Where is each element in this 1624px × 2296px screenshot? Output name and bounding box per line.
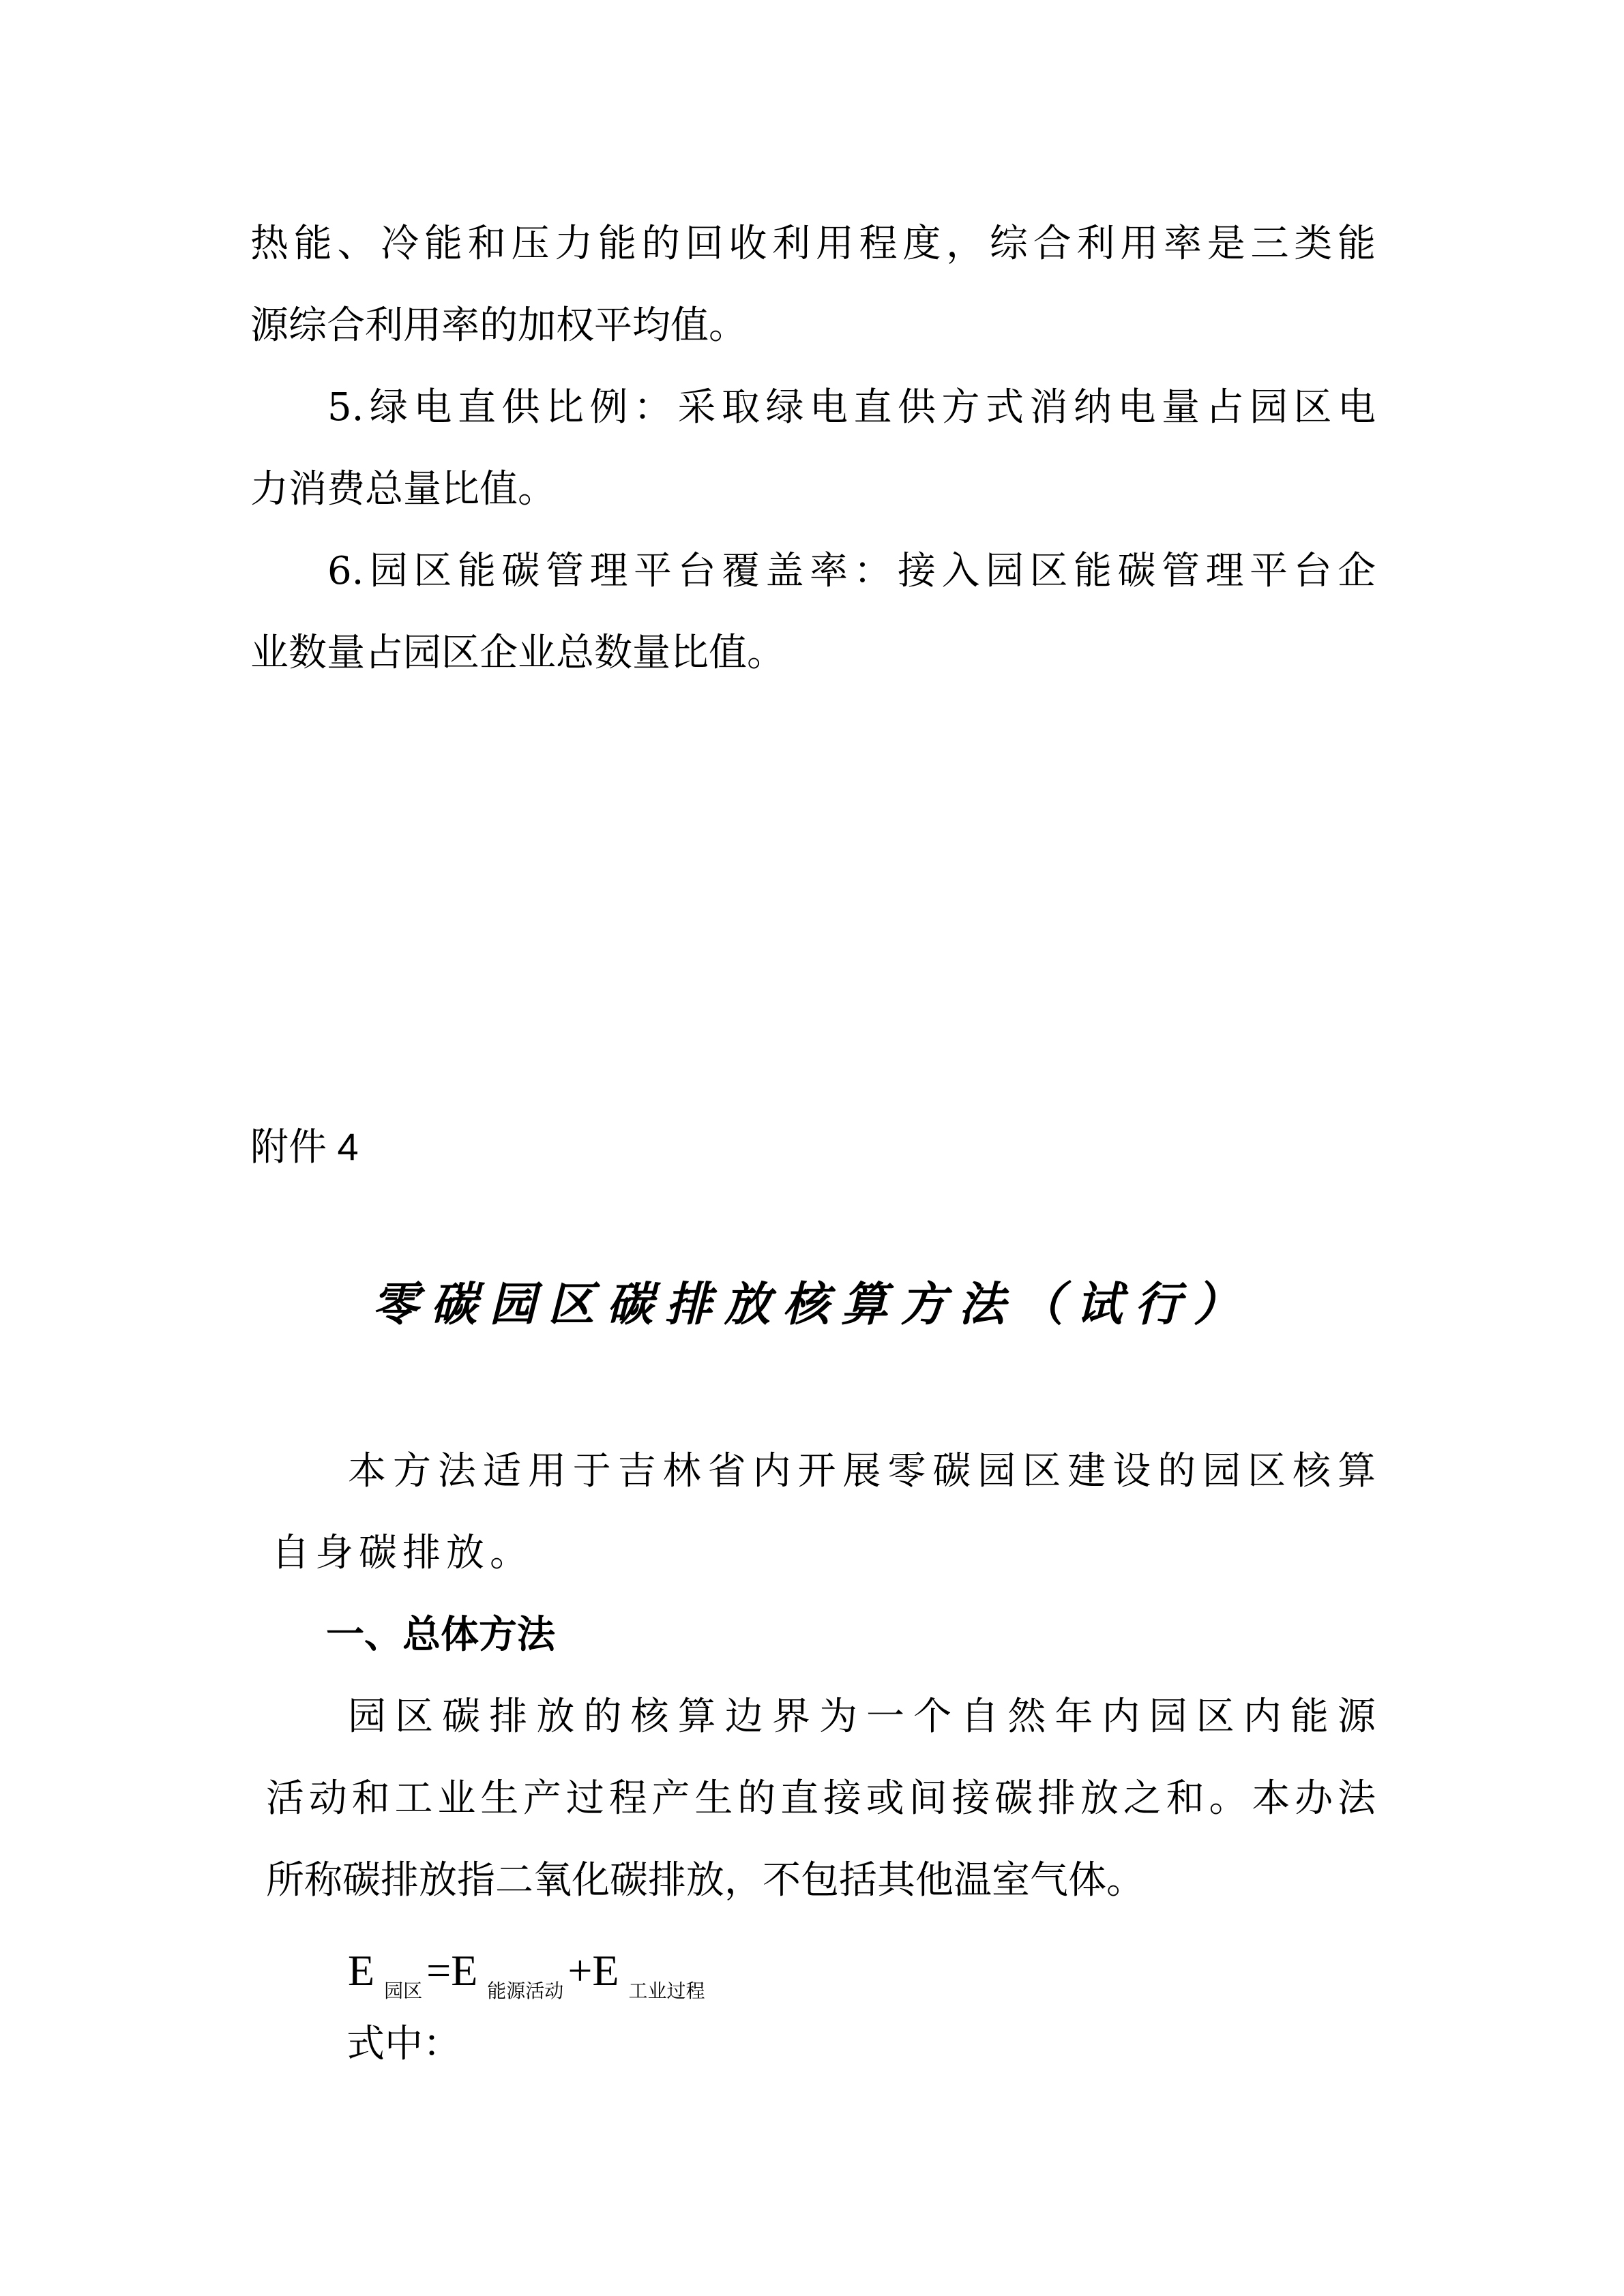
formula-symbol: E xyxy=(451,1946,477,1995)
formula-subscript: 工业过程 xyxy=(629,1980,705,2002)
paragraph-line: 业数量占园区企业总数量比值。 xyxy=(250,631,785,675)
where-label: 式中： xyxy=(346,2023,461,2066)
paragraph-line: 园区碳排放的核算边界为一个自然年内园区内能源 xyxy=(348,1695,1376,1739)
formula-operator: = xyxy=(426,1946,451,1995)
paragraph-line: 热能、冷能和压力能的回收利用程度，综合利用率是三类能 xyxy=(250,222,1376,266)
paragraph-line: 5.绿电直供比例：采取绿电直供方式消纳电量占园区电 xyxy=(327,386,1376,430)
document-title: 零碳园区碳排放核算方法（试行） xyxy=(0,1274,1624,1335)
paragraph-line: 自身碳排放。 xyxy=(271,1532,533,1575)
paragraph-line: 所称碳排放指二氧化碳排放，不包括其他温室气体。 xyxy=(266,1859,1145,1903)
formula-symbol: E xyxy=(592,1946,619,1995)
emission-formula: E园区=E能源活动+E工业过程 xyxy=(348,1943,709,2018)
formula-subscript: 园区 xyxy=(384,1980,422,2002)
paragraph-line: 源综合利用率的加权平均值。 xyxy=(250,304,747,348)
formula-operator: + xyxy=(567,1946,592,1995)
attachment-label: 附件 4 xyxy=(250,1125,359,1169)
paragraph-line: 6.园区能碳管理平台覆盖率：接入园区能碳管理平台企 xyxy=(327,550,1376,593)
formula-subscript: 能源活动 xyxy=(487,1980,563,2002)
paragraph-line: 力消费总量比值。 xyxy=(250,468,556,511)
paragraph-line: 本方法适用于吉林省内开展零碳园区建设的园区核算 xyxy=(348,1450,1376,1493)
formula-symbol: E xyxy=(348,1946,374,1995)
section-heading: 一、总体方法 xyxy=(326,1613,555,1657)
paragraph-line: 活动和工业生产过程产生的直接或间接碳排放之和。本办法 xyxy=(266,1777,1376,1821)
